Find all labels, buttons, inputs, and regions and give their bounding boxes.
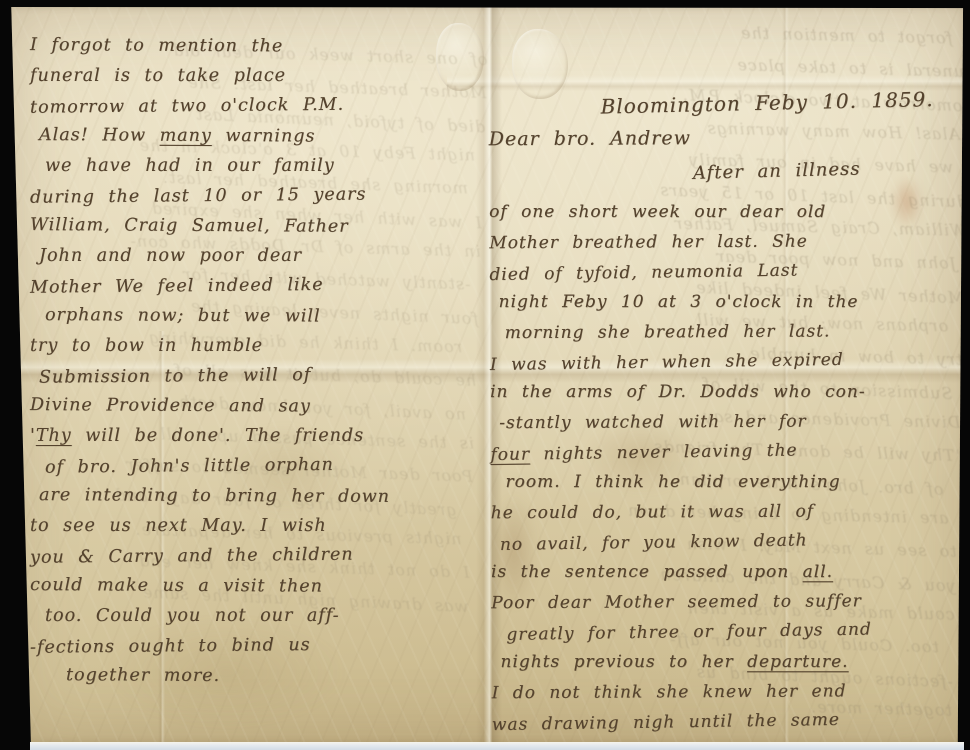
page-left-handwriting: I forgot to mention thefuneral is to tak…: [30, 31, 390, 691]
letter-opening-line: After an illness: [693, 159, 861, 184]
page-left: of one short week our dear oldMother bre…: [22, 7, 478, 743]
letter-dateline: Bloomington Feby 10. 1859.: [600, 87, 934, 119]
scanner-bed-strip: [30, 742, 964, 750]
scanned-letter-image: { "scan": { "background_color": "#060606…: [0, 0, 970, 750]
page-right-handwriting: of one short week our dear oldMother bre…: [489, 196, 872, 738]
letter-sheet: of one short week our dear oldMother bre…: [6, 7, 964, 743]
letter-salutation: Dear bro. Andrew: [489, 127, 691, 150]
page-right: I forgot to mention thefuneral is to tak…: [484, 6, 964, 744]
